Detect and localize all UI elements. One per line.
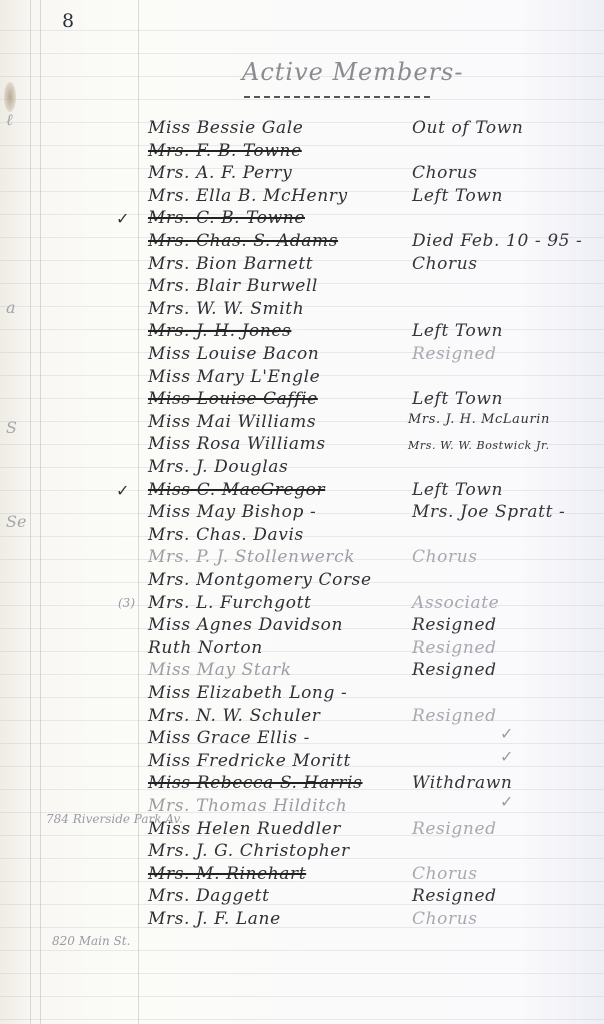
left-margin-line [40, 0, 41, 1024]
member-status-note: Resigned [412, 706, 497, 726]
member-status-note: Resigned [412, 344, 497, 364]
member-status-note: Chorus [412, 163, 478, 183]
member-name: Miss Louise Caffie [148, 389, 318, 409]
checkmark-icon: ✓ [116, 209, 129, 228]
member-name: Mrs. Daggett [148, 886, 270, 906]
binding-margin-line [30, 0, 31, 1024]
member-name: Mrs. Chas. S. Adams [148, 231, 338, 251]
member-entry: Mrs. Blair Burwell [148, 276, 318, 296]
member-entry: Mrs. W. W. Smith [148, 299, 304, 319]
member-name: Mrs. A. F. Perry [148, 163, 292, 183]
member-status-note: Mrs. W. W. Bostwick Jr. [408, 439, 550, 452]
member-name: Mrs. F. B. Towne [148, 141, 302, 161]
member-name: Mrs. J. H. Jones [148, 321, 291, 341]
margin-letter: S [6, 418, 17, 437]
member-entry: Mrs. J. Douglas [148, 457, 288, 477]
member-entry: Mrs. P. J. Stollenwerck [148, 547, 355, 567]
member-name: Mrs. J. F. Lane [148, 909, 281, 929]
member-entry: Miss Fredricke Moritt [148, 751, 351, 771]
member-name: Mrs. J. Douglas [148, 457, 288, 477]
stain [4, 82, 16, 112]
margin-letter: ℓ [6, 110, 13, 130]
member-entry: Ruth Norton [148, 638, 263, 658]
member-status-note: Mrs. J. H. McLaurin [408, 412, 550, 427]
member-status-note: Died Feb. 10 - 95 - [412, 231, 582, 251]
member-name: Mrs. Montgomery Corse [148, 570, 372, 590]
member-name: Miss Mary L'Engle [148, 367, 320, 387]
member-name: Mrs. Blair Burwell [148, 276, 318, 296]
member-entry: Mrs. F. B. Towne [148, 141, 302, 161]
member-status-note: Withdrawn [412, 773, 512, 793]
member-name: Mrs. J. G. Christopher [148, 841, 350, 861]
member-status-note: Resigned [412, 886, 497, 906]
member-name: Miss Grace Ellis - [148, 728, 310, 748]
member-name: Mrs. L. Furchgott [148, 593, 311, 613]
member-name: Miss Fredricke Moritt [148, 751, 351, 771]
member-entry: Mrs. Montgomery Corse [148, 570, 372, 590]
member-status-note: Out of Town [412, 118, 523, 138]
member-name: Mrs. P. J. Stollenwerck [148, 547, 355, 567]
member-entry: Mrs. A. F. Perry [148, 163, 292, 183]
member-entry: Miss Rosa Williams [148, 434, 326, 454]
member-name: Miss Rosa Williams [148, 434, 326, 454]
member-name: Miss C. MacGregor [148, 480, 325, 500]
member-status-note: Chorus [412, 864, 478, 884]
member-entry: Miss May Stark [148, 660, 292, 680]
member-status-note: Left Town [412, 389, 503, 409]
member-entry: Miss Mai Williams [148, 412, 316, 432]
member-name: Mrs. Bion Barnett [148, 254, 313, 274]
member-entry: Mrs. Chas. Davis [148, 525, 304, 545]
member-status-note: Resigned [412, 660, 497, 680]
member-entry: Miss C. MacGregor [148, 480, 325, 500]
member-entry: Mrs. Chas. S. Adams [148, 231, 338, 251]
member-name: Mrs. W. W. Smith [148, 299, 304, 319]
checkmark-icon: ✓ [500, 747, 513, 766]
margin-address-note: 820 Main St. [52, 934, 130, 948]
member-name: Mrs. Chas. Davis [148, 525, 304, 545]
margin-address-note: 784 Riverside Park Av. [46, 812, 183, 826]
member-name: Miss Elizabeth Long - [148, 683, 347, 703]
member-entry: Mrs. Ella B. McHenry [148, 186, 348, 206]
member-status-note: Mrs. Joe Spratt - [412, 502, 565, 522]
member-name: Mrs. N. W. Schuler [148, 706, 320, 726]
checkmark-icon: ✓ [116, 481, 129, 500]
heading-underline [244, 96, 430, 98]
member-status-note: Chorus [412, 909, 478, 929]
ledger-page: ℓ a S Se 8 Active Members- Miss Bessie G… [0, 0, 604, 1024]
name-column-line [138, 0, 139, 1024]
margin-letter: a [6, 298, 16, 317]
margin-letter: Se [6, 512, 26, 531]
checkmark-icon: ✓ [500, 792, 513, 811]
member-name: Miss Bessie Gale [148, 118, 303, 138]
member-name: Miss Agnes Davidson [148, 615, 343, 635]
member-entry: Miss Agnes Davidson [148, 615, 343, 635]
member-entry: Miss Elizabeth Long - [148, 683, 347, 703]
member-entry: Miss Bessie Gale [148, 118, 303, 138]
member-name: Miss May Stark [148, 660, 292, 680]
member-name: Miss Rebecca S. Harris [148, 773, 363, 793]
member-name: Miss Mai Williams [148, 412, 316, 432]
member-status-note: Left Town [412, 186, 503, 206]
member-entry: Miss Louise Caffie [148, 389, 318, 409]
member-name: Mrs. Ella B. McHenry [148, 186, 348, 206]
member-entry: Miss Grace Ellis - [148, 728, 310, 748]
member-entry: Mrs. J. G. Christopher [148, 841, 350, 861]
member-status-note: Resigned [412, 638, 497, 658]
member-entry: Mrs. J. H. Jones [148, 321, 291, 341]
member-status-note: Chorus [412, 547, 478, 567]
member-name: Mrs. M. Rinehart [148, 864, 306, 884]
member-entry: Mrs. L. Furchgott [148, 593, 311, 613]
member-entry: Miss May Bishop - [148, 502, 316, 522]
page-number: 8 [62, 10, 74, 32]
member-status-note: Resigned [412, 819, 497, 839]
member-entry: Mrs. J. F. Lane [148, 909, 281, 929]
member-status-note: Resigned [412, 615, 497, 635]
member-entry: Miss Louise Bacon [148, 344, 319, 364]
member-status-note: Left Town [412, 321, 503, 341]
member-name: Miss May Bishop - [148, 502, 316, 522]
entry-prefix: (3) [118, 596, 135, 610]
member-entry: Mrs. C. B. Towne [148, 208, 305, 228]
member-entry: Mrs. Daggett [148, 886, 270, 906]
member-name: Ruth Norton [148, 638, 263, 658]
member-name: Miss Louise Bacon [148, 344, 319, 364]
member-entry: Mrs. Bion Barnett [148, 254, 313, 274]
member-name: Mrs. C. B. Towne [148, 208, 305, 228]
member-entry: Miss Mary L'Engle [148, 367, 320, 387]
member-entry: Mrs. N. W. Schuler [148, 706, 320, 726]
member-status-note: Associate [412, 593, 499, 613]
member-status-note: Chorus [412, 254, 478, 274]
page-heading: Active Members- [242, 58, 463, 86]
member-entry: Mrs. M. Rinehart [148, 864, 306, 884]
checkmark-icon: ✓ [500, 724, 513, 743]
member-entry: Miss Rebecca S. Harris [148, 773, 363, 793]
member-status-note: Left Town [412, 480, 503, 500]
